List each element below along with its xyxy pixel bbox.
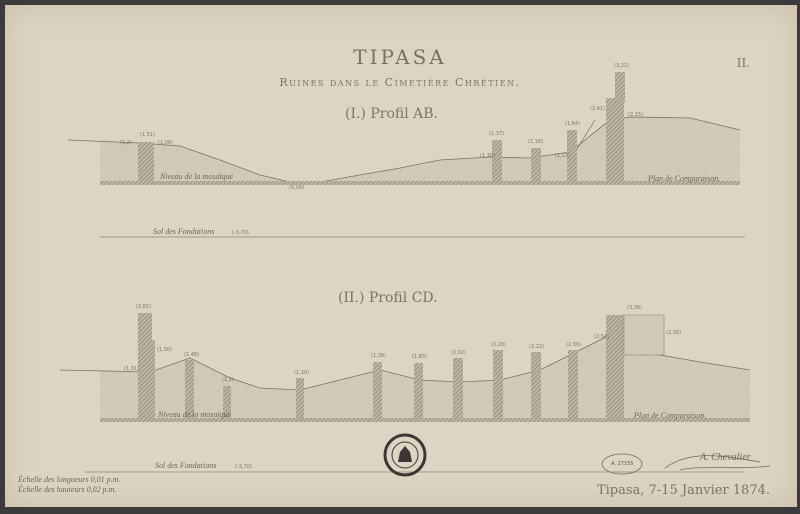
elevation-label: (1,37) bbox=[489, 131, 504, 137]
date-line: Tipasa, 7-15 Janvier 1874. bbox=[597, 483, 770, 498]
signature: A. Chevalier bbox=[700, 452, 751, 463]
cd-foundation-label: Sol des Fondations bbox=[155, 461, 216, 470]
elevation-label: (2,02) bbox=[451, 350, 466, 356]
elevation-label: (2,41) bbox=[590, 106, 605, 112]
ab-ground-label: Niveau de la mosaïque bbox=[160, 172, 233, 181]
column bbox=[138, 142, 154, 184]
ab-comparison-label: Plan de Comparaison. bbox=[648, 174, 720, 183]
scale-heights: Échelle des hauteurs 0,02 p.m. bbox=[18, 485, 116, 494]
elevation-label: (1,39) bbox=[371, 353, 386, 359]
elevation-label: (1,2) bbox=[120, 140, 132, 146]
elevation-label: (2,20) bbox=[491, 342, 506, 348]
elevation-label: (3,22) bbox=[614, 63, 629, 69]
cd-comparison-label: Plan de Comparaison. bbox=[634, 411, 706, 420]
elevation-label: (1,31) bbox=[124, 366, 139, 372]
elevation-label: (1,06) bbox=[158, 140, 173, 146]
elevation-label: (1,39) bbox=[294, 370, 309, 376]
elevation-label: (1,30) bbox=[480, 153, 495, 159]
inventory-number: A. 27155 bbox=[611, 461, 633, 467]
elevation-label: (2,54) bbox=[594, 334, 609, 340]
elevation-label: (1,2) bbox=[222, 377, 234, 383]
elevation-label: (2,30) bbox=[566, 342, 581, 348]
elevation-label: (1,50) bbox=[157, 347, 172, 353]
elevation-label: (1,18) bbox=[528, 139, 543, 145]
elevation-label: (2,82) bbox=[136, 304, 151, 310]
elevation-label: (3,36) bbox=[627, 305, 642, 311]
elevation-label: (2,30) bbox=[666, 330, 681, 336]
elevation-label: (0,04) bbox=[289, 185, 304, 191]
cd-ground-label: Niveau de la mosaïque bbox=[158, 410, 231, 419]
elevation-label: (1,51) bbox=[140, 132, 155, 138]
elevation-label: (2,15) bbox=[628, 112, 643, 118]
ab-foundation-value: (-3,70) bbox=[232, 230, 249, 236]
cd-foundation-value: (-3,70) bbox=[235, 464, 252, 470]
ab-foundation-label: Sol des Fondations bbox=[153, 227, 214, 236]
elevation-label: (1,13) bbox=[555, 153, 570, 159]
elevation-label: (1,83) bbox=[412, 354, 427, 360]
elevation-label: (1,64) bbox=[565, 121, 580, 127]
elevation-label: (1,48) bbox=[184, 352, 199, 358]
profile-drawing bbox=[0, 0, 800, 514]
elevation-label: (2,22) bbox=[529, 344, 544, 350]
scale-lengths: Échelle des longueurs 0,01 p.m. bbox=[18, 475, 120, 484]
library-stamp-icon bbox=[385, 435, 425, 475]
